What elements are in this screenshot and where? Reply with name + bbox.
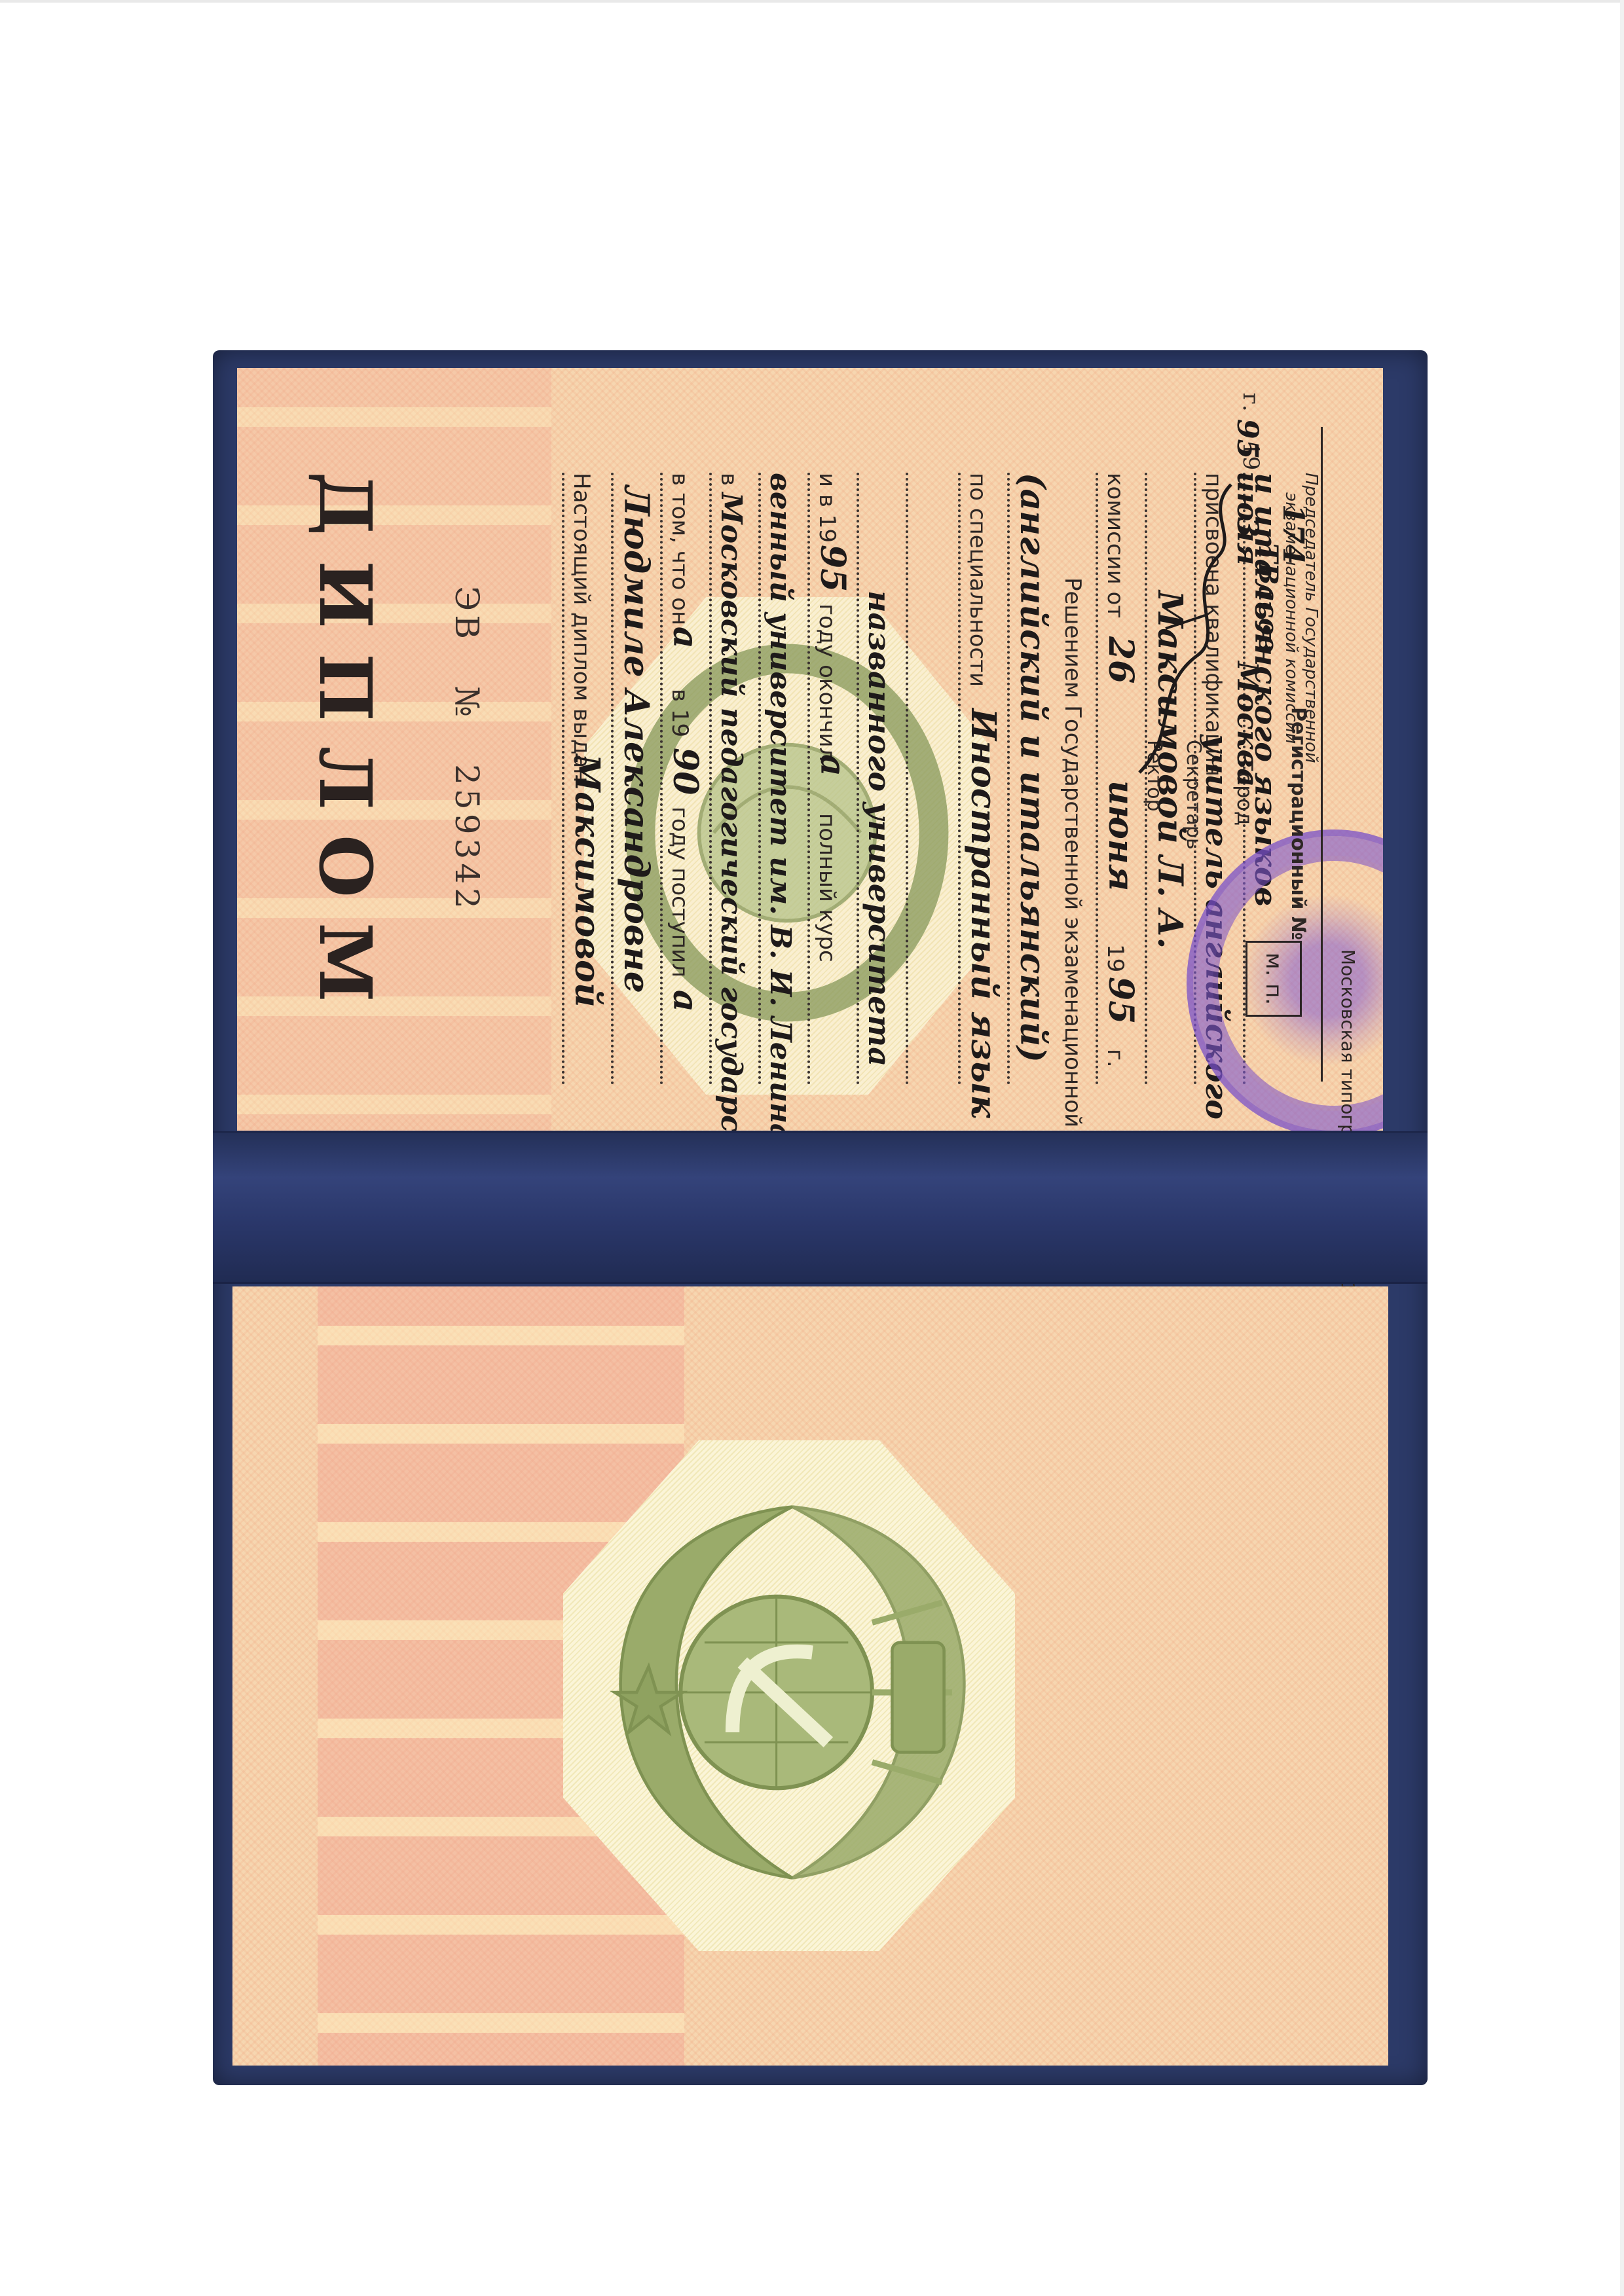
issued-line: Настоящий диплом выдан Максимовой — [562, 473, 604, 1085]
diploma-emblem-page — [232, 1286, 1388, 2066]
registration-number: 174 — [1276, 504, 1310, 564]
seal-place-box: м. п. — [1246, 941, 1302, 1017]
number-sign: № — [448, 686, 486, 721]
specialty-line: по специальности Иностранный язык — [958, 473, 1000, 1085]
institution-name-1: Московский педагогический государст- — [714, 492, 748, 1131]
recipient-name-line: Людмиле Александровне — [611, 473, 653, 1085]
issue-year-suffix: г. — [1238, 393, 1264, 412]
diploma-spine — [213, 1133, 1428, 1283]
scan-top-edge — [0, 0, 1624, 3]
recipient-surname: Максимовой — [567, 754, 607, 1008]
scan-right-edge — [1620, 0, 1624, 2296]
spine-edge-bottom — [213, 1282, 1428, 1284]
blank-line — [906, 473, 948, 1085]
institution-name-2: венный университет им. В. И. Ленина — [764, 473, 797, 1131]
recipient-name: Людмиле Александровне — [616, 486, 656, 993]
institution-line-1: в Московский педагогический государст- — [709, 473, 751, 1085]
specialty-line-2: (английский и итальянский) — [1007, 473, 1049, 1085]
decision-line: Решением Государственной экзаменационной — [1056, 473, 1095, 1085]
series: ЭВ — [448, 586, 486, 643]
finished-institution-line: названного университета — [857, 473, 898, 1085]
graduation-line: и в 19 95 году окончил а полный курс — [807, 473, 849, 1085]
entry-year: 90 — [665, 748, 705, 795]
rector-signature-icon — [1126, 458, 1257, 786]
commission-year: 95 — [1101, 977, 1141, 1024]
diploma-number: 259342 — [448, 764, 486, 913]
footer-rule — [1321, 427, 1323, 1082]
diploma-serial: ЭВ № 259342 — [448, 368, 486, 1131]
ussr-coat-of-arms-icon — [589, 1483, 995, 1902]
commission-month: июня — [1101, 780, 1141, 891]
graduation-year: 95 — [813, 545, 853, 592]
institution-line-2: венный университет им. В. И. Ленина — [758, 473, 800, 1085]
entry-line: в том, что он а в 19 90 году поступил а — [660, 473, 702, 1085]
issue-year: 95 — [1230, 419, 1264, 459]
page-title: ДИПЛОМ — [303, 368, 388, 1131]
specialty-languages: (английский и итальянский) — [1012, 473, 1052, 1063]
specialty-name: Иностранный язык — [963, 708, 1003, 1118]
registration-label: Регистрационный № — [1287, 707, 1310, 940]
